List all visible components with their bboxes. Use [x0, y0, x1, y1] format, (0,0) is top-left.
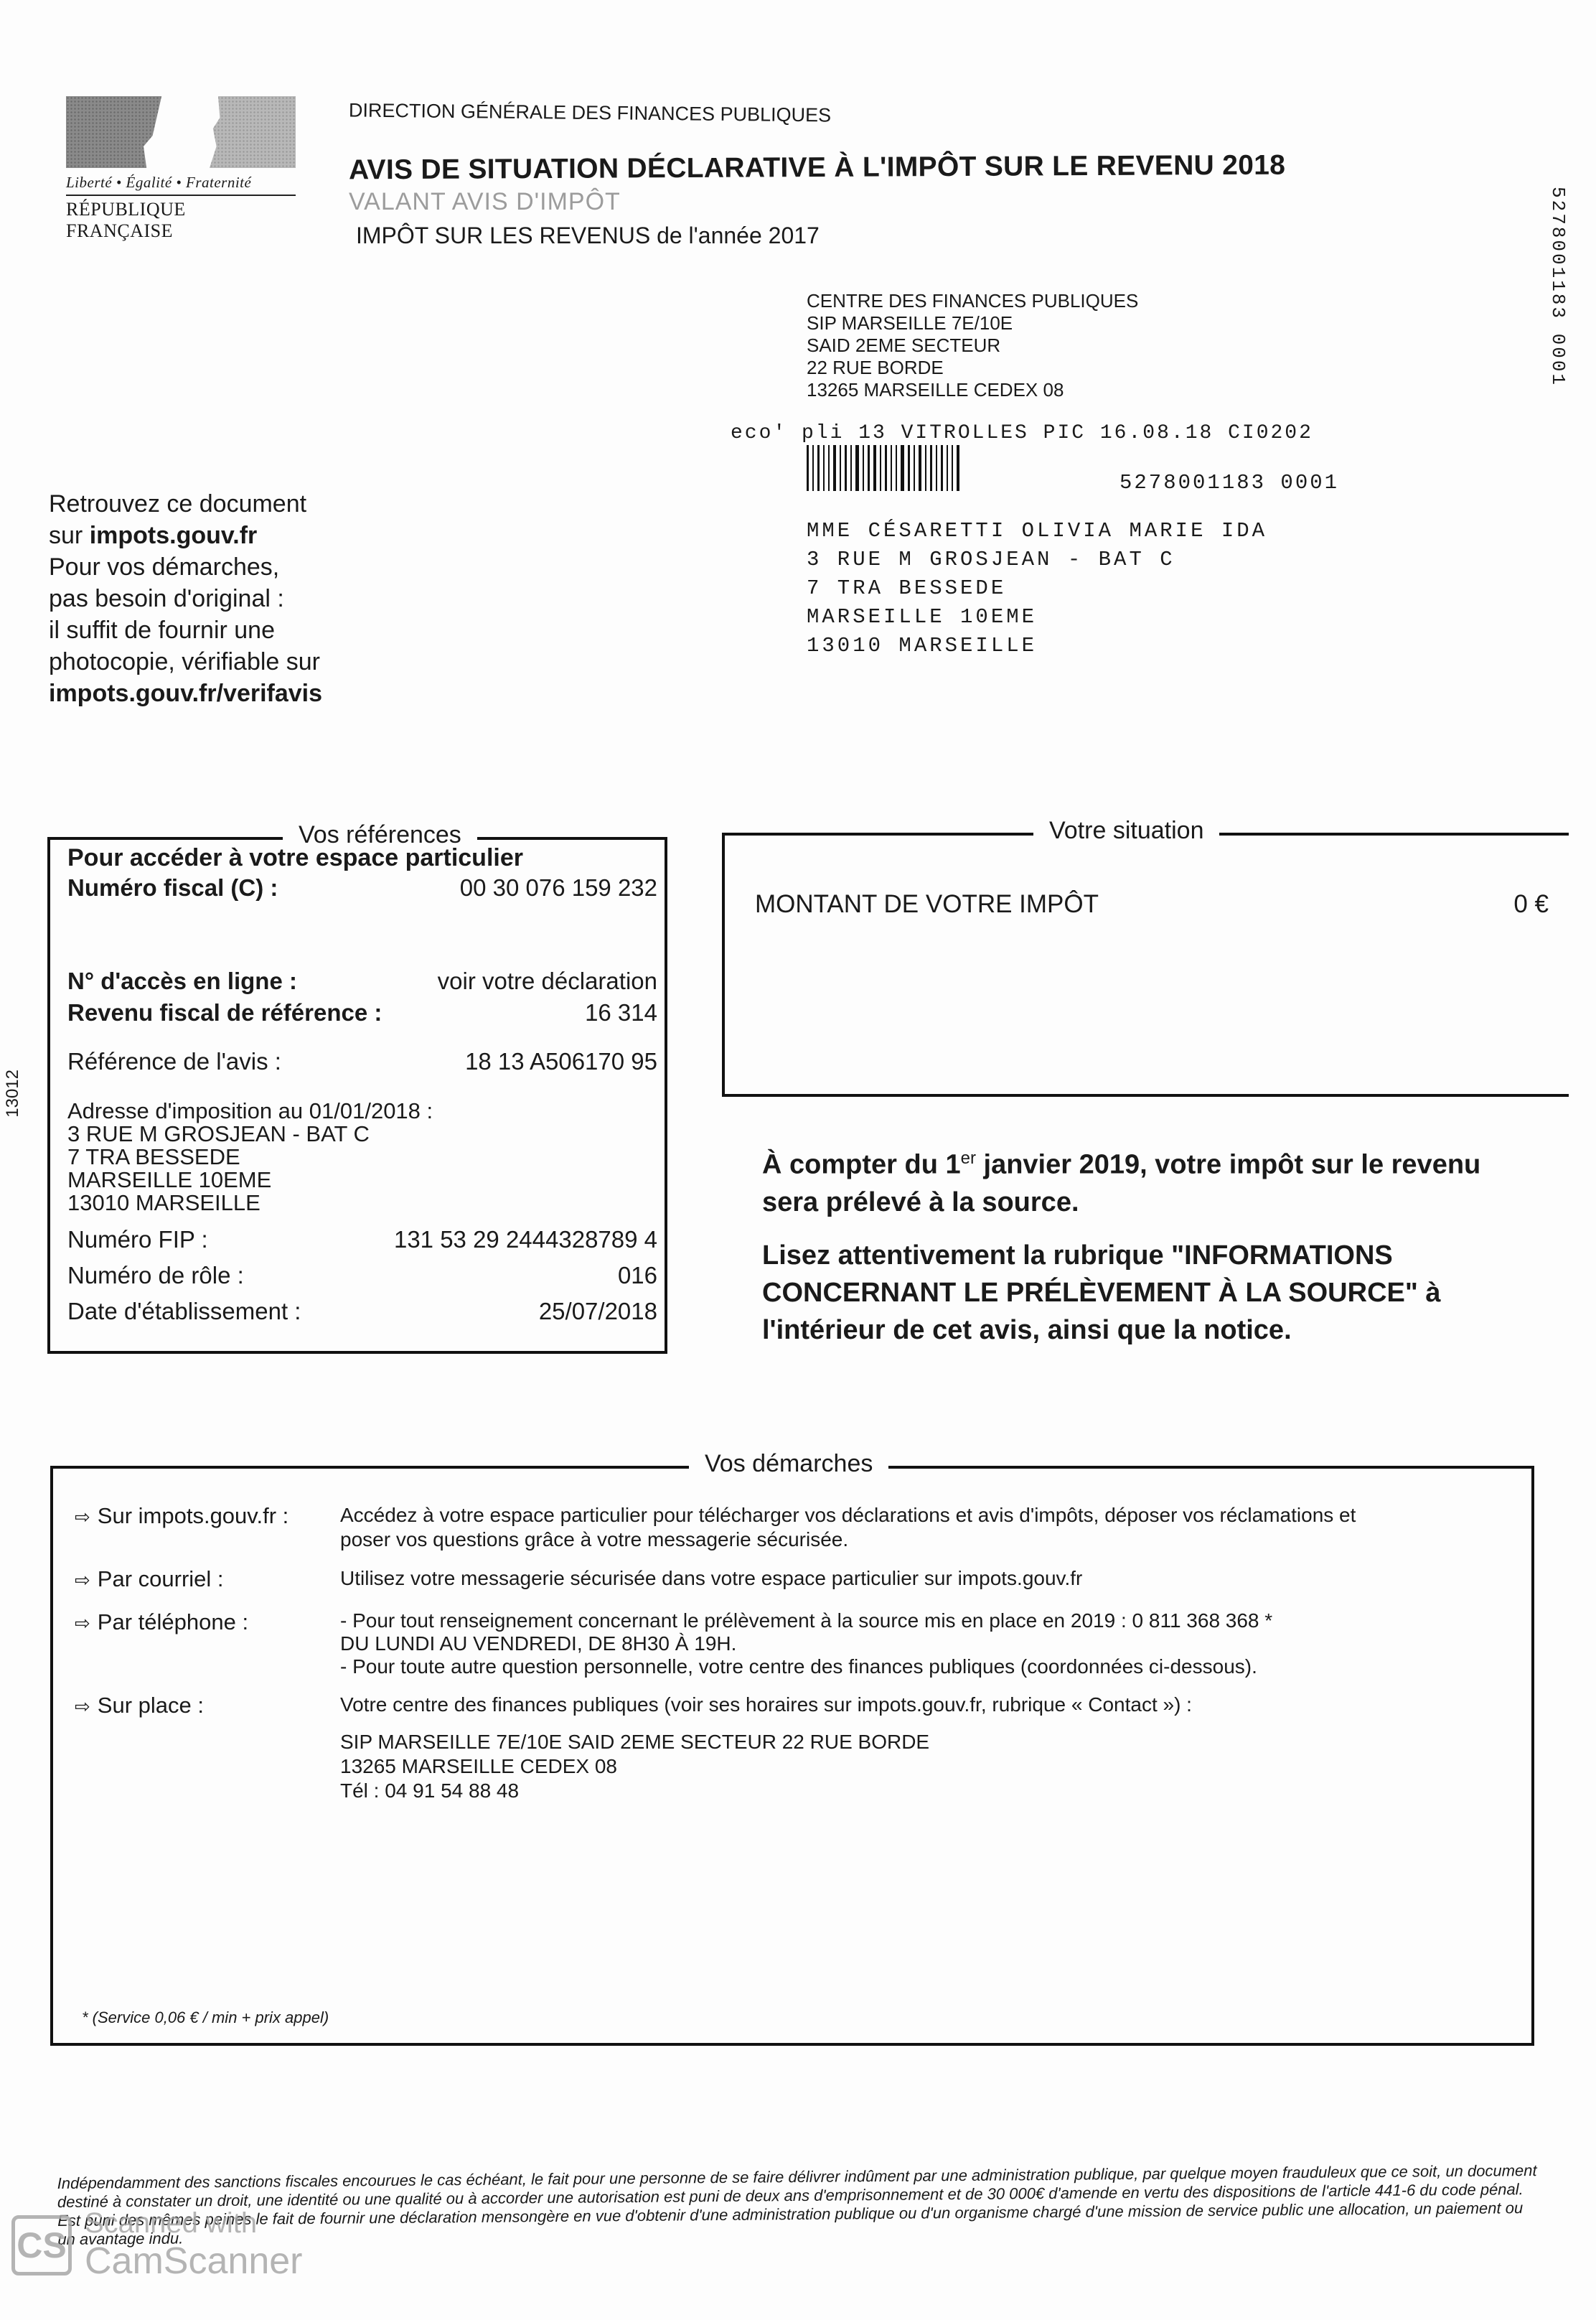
- montant-value: 0 €: [1513, 890, 1549, 919]
- document-subtitle: VALANT AVIS D'IMPÔT: [349, 188, 621, 216]
- sender-line: CENTRE DES FINANCES PUBLIQUES: [807, 290, 1138, 312]
- recipient-line: 13010 MARSEILLE: [807, 632, 1267, 660]
- withholding-notice: À compter du 1er janvier 2019, votre imp…: [762, 1140, 1530, 1365]
- demarche-item: ⇨Par téléphone : - Pour tout renseigneme…: [75, 1609, 1503, 1678]
- demarches-box: Vos démarches ⇨Sur impots.gouv.fr : Accé…: [50, 1466, 1534, 2046]
- impots-link[interactable]: impots.gouv.fr: [90, 522, 258, 549]
- date-etablissement: 25/07/2018: [539, 1298, 657, 1325]
- arrow-right-icon: ⇨: [75, 1569, 90, 1591]
- margin-code: 13012: [3, 1070, 23, 1118]
- sender-address: CENTRE DES FINANCES PUBLIQUES SIP MARSEI…: [807, 290, 1138, 401]
- demarches-title: Vos démarches: [689, 1450, 888, 1478]
- numero-fiscal: 00 30 076 159 232: [460, 874, 657, 902]
- republic-name: RÉPUBLIQUE FRANÇAISE: [66, 199, 296, 242]
- demarche-item: ⇨Par courriel : Utilisez votre messageri…: [75, 1566, 1503, 1592]
- recipient-line: MARSEILLE 10EME: [807, 603, 1267, 632]
- sender-line: SAID 2EME SECTEUR: [807, 335, 1138, 357]
- side-reference-code: 5278001183 0001: [1547, 187, 1569, 387]
- reference-avis: 18 13 A506170 95: [465, 1048, 657, 1075]
- revenu-fiscal-reference: 16 314: [585, 999, 657, 1026]
- numero-role: 016: [618, 1262, 657, 1289]
- recipient-line: MME CÉSARETTI OLIVIA MARIE IDA: [807, 517, 1267, 546]
- document-title: AVIS DE SITUATION DÉCLARATIVE À L'IMPÔT …: [349, 150, 1285, 187]
- situation-box: Votre situation MONTANT DE VOTRE IMPÔT 0…: [722, 833, 1569, 1097]
- references-box: Vos références Pour accéder à votre espa…: [47, 837, 667, 1354]
- recipient-line: 7 TRA BESSEDE: [807, 574, 1267, 603]
- verifavis-link[interactable]: impots.gouv.fr/verifavis: [49, 680, 322, 707]
- recipient-line: 3 RUE M GROSJEAN - BAT C: [807, 546, 1267, 574]
- montant-label: MONTANT DE VOTRE IMPÔT: [755, 890, 1099, 919]
- numero-fip: 131 53 29 2444328789 4: [394, 1226, 657, 1253]
- sender-line: 22 RUE BORDE: [807, 357, 1138, 379]
- postal-marking: eco' pli 13 VITROLLES PIC 16.08.18 CI020…: [731, 422, 1313, 444]
- access-heading: Pour accéder à votre espace particulier: [67, 844, 523, 872]
- motto: Liberté • Égalité • Fraternité: [66, 174, 296, 196]
- tax-address: Adresse d'imposition au 01/01/2018 : 3 R…: [67, 1100, 657, 1215]
- recipient-address: MME CÉSARETTI OLIVIA MARIE IDA 3 RUE M G…: [807, 517, 1267, 660]
- income-year: IMPÔT SUR LES REVENUS de l'année 2017: [356, 223, 820, 249]
- camscanner-watermark: CS Scanned with CamScanner: [11, 2207, 302, 2283]
- marianne-emblem-icon: [66, 96, 296, 168]
- agency-name: DIRECTION GÉNÉRALE DES FINANCES PUBLIQUE…: [349, 99, 831, 126]
- demarche-item: ⇨Sur impots.gouv.fr : Accédez à votre es…: [75, 1503, 1503, 1552]
- arrow-right-icon: ⇨: [75, 1612, 90, 1634]
- republique-francaise-logo: Liberté • Égalité • Fraternité RÉPUBLIQU…: [66, 96, 296, 242]
- barcode-number: 5278001183 0001: [1119, 471, 1339, 495]
- camscanner-logo-icon: CS: [11, 2215, 72, 2275]
- service-footnote: * (Service 0,06 € / min + prix appel): [82, 2008, 329, 2027]
- online-info: Retrouvez ce document sur impots.gouv.fr…: [49, 488, 322, 709]
- sender-line: SIP MARSEILLE 7E/10E: [807, 312, 1138, 335]
- sender-line: 13265 MARSEILLE CEDEX 08: [807, 379, 1138, 401]
- barcode: [807, 445, 1058, 491]
- arrow-right-icon: ⇨: [75, 1695, 90, 1718]
- situation-title: Votre situation: [1033, 817, 1219, 845]
- demarche-item: ⇨Sur place : Votre centre des finances p…: [75, 1693, 1503, 1803]
- arrow-right-icon: ⇨: [75, 1506, 90, 1528]
- acces-en-ligne: voir votre déclaration: [438, 968, 657, 995]
